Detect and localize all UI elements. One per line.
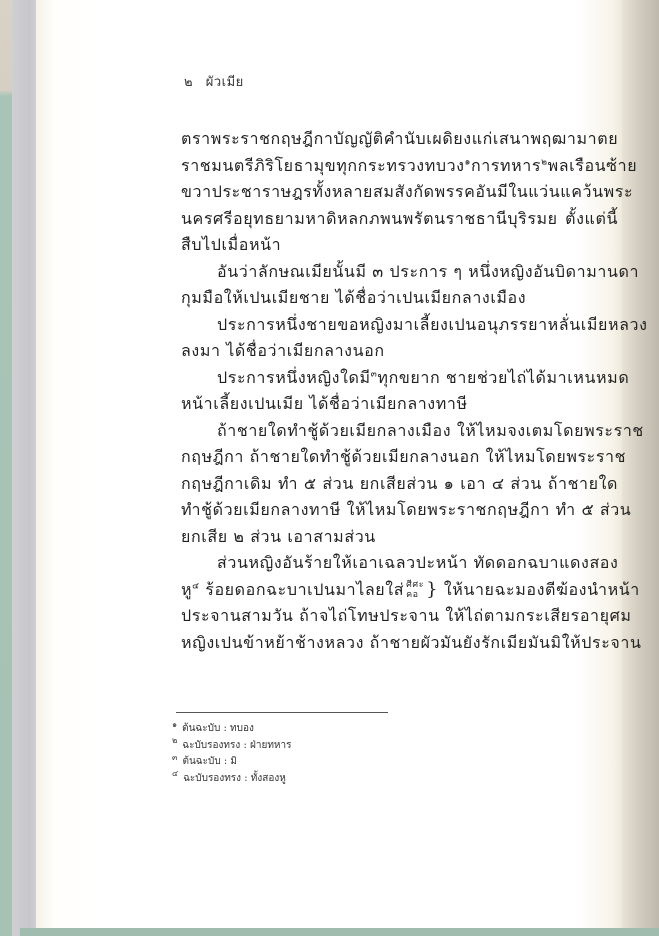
footnote-text: ต้นฉะบับ : ทบอง [182, 723, 254, 734]
text-line: ทำชู้ด้วยเมียกลางทาษี ให้ไหมโดยพระราชกฤษ… [181, 497, 618, 524]
text-segment: การทหาร [471, 156, 541, 175]
stacked-alternatives: ศีศะคอ [406, 580, 424, 600]
footnote-4: ๔ฉะบับรองทรง : ทั้งสองหู [172, 771, 292, 788]
footnote-number: ๑ [172, 720, 177, 729]
text-segment: ประการหนึ่งหญิงใดมี [217, 368, 371, 387]
text-line: นครศรีอยุทธยามหาดิหลกภพนพรัตนราชธานีบุริ… [181, 206, 618, 233]
text-line: ลงมา ได้ชื่อว่าเมียกลางนอก [181, 338, 618, 365]
footnote-divider [176, 712, 388, 713]
footnote-2: ๒ฉะบับรองทรง : ฝ่ายทหาร [172, 738, 292, 755]
footnote-number: ๓ [172, 753, 177, 762]
text-segment: พลเรือนซ้าย [548, 156, 638, 175]
footnote-3: ๓ต้นฉะบับ : มิ [172, 754, 292, 771]
text-line: หู๔ ร้อยดอกฉะบาเปนมาไลยใส่ศีศะคอ} ให้นาย… [181, 577, 618, 604]
footnote-text: ฉะบับรองทรง : ทั้งสองหู [183, 773, 286, 784]
footnotes: ๑ต้นฉะบับ : ทบอง ๒ฉะบับรองทรง : ฝ่ายทหาร… [172, 721, 292, 787]
book-cover-edge-bottom [20, 928, 659, 936]
stack-bottom: คอ [406, 590, 424, 600]
text-line: ประจานสามวัน ถ้าจไถ่โทษประจาน ให้ไถ่ตามก… [181, 603, 618, 630]
footnote-text: ฉะบับรองทรง : ฝ่ายทหาร [182, 740, 291, 751]
page-number: ๒ [184, 75, 193, 90]
text-line: สืบไปเมื่อหน้า [181, 232, 618, 259]
text-line: ถ้าชายใดทำชู้ด้วยเมียกลางเมือง ให้ไหมจงเ… [181, 418, 618, 445]
text-line: ขวาประชาราษฎรทั้งหลายสมสังกัดพรรคอันมีใน… [181, 179, 618, 206]
footnote-1: ๑ต้นฉะบับ : ทบอง [172, 721, 292, 738]
text-line: หญิงเปนข้าหย้าช้างหลวง ถ้าชายผัวมันยังรั… [181, 630, 618, 657]
text-line: ราชมนตรีภิริโยธามุขทุกกระทรวงทบวง๑การทหา… [181, 153, 618, 180]
text-line: กฤษฎีกาเดิม ทำ ๕ ส่วน ยกเสียส่วน ๑ เอา ๔… [181, 471, 618, 498]
footnote-number: ๔ [172, 769, 178, 778]
text-line: ประการหนึ่งหญิงใดมี๓ทุกขยาก ชายช่วยไถ่ได… [181, 365, 618, 392]
running-head: ๒ ผัวเมีย [184, 71, 244, 92]
text-line: กุมมือให้เปนเมียชาย ได้ชื่อว่าเปนเมียกลา… [181, 285, 618, 312]
brace-glyph: } [426, 579, 438, 600]
text-line: อันว่าลักษณเมียนั้นมี ๓ ประการ ๆ หนึ่งหญ… [181, 259, 618, 286]
footnote-ref-4: ๔ [192, 581, 199, 591]
text-line: ตราพระราชกฤษฎีกาบัญญัติคำนับเผดิยงแก่เสน… [181, 126, 618, 153]
text-segment: ทุกขยาก ชายช่วยไถ่ได้มาเหนหมด [377, 368, 629, 387]
body-text: ตราพระราชกฤษฎีกาบัญญัติคำนับเผดิยงแก่เสน… [181, 126, 618, 656]
book-gutter-right [622, 0, 659, 936]
footnote-text: ต้นฉะบับ : มิ [182, 756, 237, 767]
footnote-number: ๒ [172, 736, 177, 745]
text-line: ยกเสีย ๒ ส่วน เอาสามส่วน [181, 524, 618, 551]
running-head-title: ผัวเมีย [206, 75, 244, 90]
text-segment: ร้อยดอกฉะบาเปนมาไลยใส่ [200, 580, 404, 599]
text-segment: หู [181, 580, 192, 599]
text-line: หน้าเลี้ยงเปนเมีย ได้ชื่อว่าเมียกลางทาษี [181, 391, 618, 418]
stack-top: ศีศะ [406, 580, 424, 590]
text-segment: ให้นายฉะมองตีฆ้องนำหน้า [438, 580, 640, 599]
text-line: ส่วนหญิงอันร้ายให้เอาเฉลวปะหน้า ทัดดอกฉบ… [181, 550, 618, 577]
text-line: ประการหนึ่งชายขอหญิงมาเลี้ยงเปนอนุภรรยาห… [181, 312, 618, 339]
text-segment: ราชมนตรีภิริโยธามุขทุกกระทรวงทบวง [181, 156, 465, 175]
text-line: กฤษฎีกา ถ้าชายใดทำชู้ด้วยเมียกลางนอก ให้… [181, 444, 618, 471]
